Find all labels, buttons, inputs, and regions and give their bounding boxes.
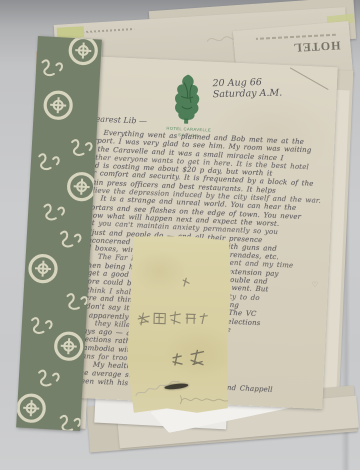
handwritten-date: 20 Aug 66 Saturday A.M. xyxy=(212,77,282,101)
photo-of-letter-stack: HOTEL HOTEL CARAVELLE SAIGON 20 Aug 66 S… xyxy=(0,0,360,470)
microprint-line xyxy=(82,28,134,33)
yellowed-paper-slip xyxy=(126,235,233,416)
pen-stroke-mark xyxy=(290,67,329,90)
faint-scribble xyxy=(131,373,183,403)
salutation: Dearest Lib — xyxy=(89,114,147,126)
date-line-2: Saturday A.M. xyxy=(213,88,283,101)
upside-down-text-block: HOTEL xyxy=(244,34,341,58)
hotel-wordmark: HOTEL xyxy=(244,38,341,58)
heart-doodle: ♡ xyxy=(312,280,319,288)
pencil-characters-row1 xyxy=(135,275,222,377)
hotel-crest-icon xyxy=(169,72,205,125)
